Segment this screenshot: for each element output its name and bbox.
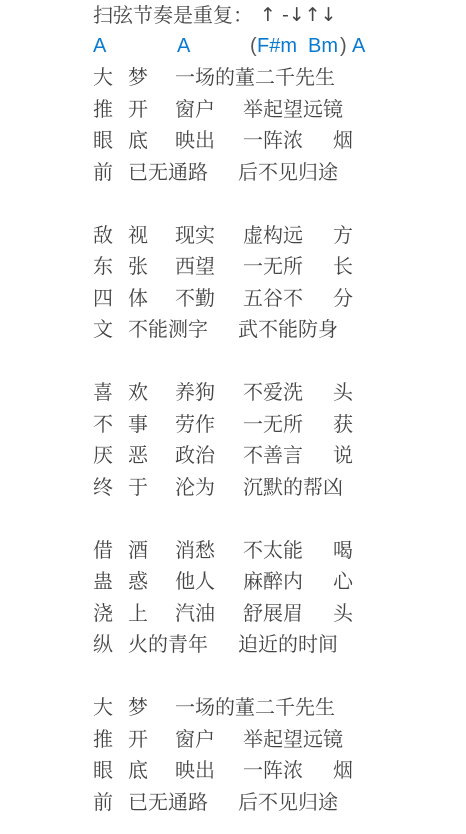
lyric-segment: 东 <box>93 253 113 279</box>
lyric-segment: 事 <box>128 411 148 437</box>
lyric-segment: 举起望远镜 <box>243 726 343 752</box>
lyric-segment: 五谷不 <box>243 285 303 311</box>
chord-open-paren: ( <box>250 33 257 59</box>
lyric-segment: 大 <box>93 64 113 90</box>
lyric-segment: 喜 <box>93 379 113 405</box>
lyric-segment: 获 <box>333 411 353 437</box>
lyric-segment: 一无所 <box>243 411 303 437</box>
lyric-segment: 劳作 <box>175 411 215 437</box>
lyric-line: 东张西望一无所长 <box>0 253 466 284</box>
lyric-segment: 烟 <box>333 127 353 153</box>
lyric-segment: 火的青年 <box>128 631 208 657</box>
lyric-segment: 一阵浓 <box>243 127 303 153</box>
lyric-segment: 浇 <box>93 600 113 626</box>
lyric-segment: 推 <box>93 96 113 122</box>
lyric-segment: 头 <box>333 379 353 405</box>
lyric-segment: 大 <box>93 694 113 720</box>
lyric-segment: 头 <box>333 600 353 626</box>
lyric-segment: 窗户 <box>175 96 215 122</box>
lyric-segment: 长 <box>333 253 353 279</box>
lyric-segment: 虚构远 <box>243 222 303 248</box>
lyric-segment: 汽油 <box>175 600 215 626</box>
lyric-segment: 梦 <box>128 64 148 90</box>
lyric-segment: 终 <box>93 474 113 500</box>
lyric-segment: 敌 <box>93 222 113 248</box>
lyric-segment: 开 <box>128 726 148 752</box>
lyric-line: 不事劳作一无所获 <box>0 411 466 442</box>
lyric-line: 前已无通路后不见归途 <box>0 159 466 190</box>
lyric-segment: 惑 <box>128 568 148 594</box>
lyric-segment: 不 <box>93 411 113 437</box>
lyric-segment: 西望 <box>175 253 215 279</box>
lyric-segment: 映出 <box>175 127 215 153</box>
lyric-segment: 已无通路 <box>128 159 208 185</box>
lyric-segment: 一无所 <box>243 253 303 279</box>
lyric-line: 文不能测字武不能防身 <box>0 316 466 347</box>
lyric-segment: 眼 <box>93 127 113 153</box>
lyric-segment: 不太能 <box>243 537 303 563</box>
lyric-segment: 不能测字 <box>128 316 208 342</box>
chord-2: A <box>177 33 190 59</box>
lyric-segment: 一场的董二千先生 <box>175 64 335 90</box>
lyric-segment: 张 <box>128 253 148 279</box>
lyric-line: 厌恶政治不善言说 <box>0 442 466 473</box>
chord-4: Bm <box>308 33 338 59</box>
lyric-segment: 他人 <box>175 568 215 594</box>
chord-line: A A ( F#m Bm ) A <box>0 33 466 64</box>
lyric-segment: 映出 <box>175 757 215 783</box>
lyric-line: 大梦一场的董二千先生 <box>0 694 466 725</box>
lyric-segment: 厌 <box>93 442 113 468</box>
lyric-line: 敌视现实虚构远方 <box>0 222 466 253</box>
chord-5: A <box>352 33 365 59</box>
lyric-segment: 窗户 <box>175 726 215 752</box>
chord-3: F#m <box>257 33 297 59</box>
lyric-segment: 四 <box>93 285 113 311</box>
lyric-segment: 体 <box>128 285 148 311</box>
lyric-segment: 政治 <box>175 442 215 468</box>
lyric-line: 眼底映出一阵浓烟 <box>0 757 466 788</box>
lyric-segment: 舒展眉 <box>243 600 303 626</box>
lyric-line: 借酒消愁不太能喝 <box>0 537 466 568</box>
lyric-segment: 开 <box>128 96 148 122</box>
strumming-pattern: ↑ -↓↑↓ <box>260 2 337 28</box>
chord-close-paren: ) <box>340 33 347 59</box>
lyric-segment: 不爱洗 <box>243 379 303 405</box>
lyric-segment: 借 <box>93 537 113 563</box>
lyric-line: 喜欢养狗不爱洗头 <box>0 379 466 410</box>
lyric-segment: 沉默的帮凶 <box>243 474 343 500</box>
lyric-segment: 酒 <box>128 537 148 563</box>
chord-1: A <box>93 33 106 59</box>
lyric-segment: 后不见归途 <box>238 159 338 185</box>
strumming-pattern-line: 扫弦节奏是重复： ↑ -↓↑↓ <box>0 2 466 33</box>
lyric-segment: 养狗 <box>175 379 215 405</box>
lyric-segment: 恶 <box>128 442 148 468</box>
lyric-segment: 梦 <box>128 694 148 720</box>
lyric-segment: 上 <box>128 600 148 626</box>
lyric-segment: 一场的董二千先生 <box>175 694 335 720</box>
lyric-line: 浇上汽油舒展眉头 <box>0 600 466 631</box>
lyric-segment: 现实 <box>175 222 215 248</box>
lyric-segment: 心 <box>333 568 353 594</box>
lyric-segment: 欢 <box>128 379 148 405</box>
lyric-segment: 眼 <box>93 757 113 783</box>
lyric-line: 推开窗户举起望远镜 <box>0 726 466 757</box>
lyric-segment: 于 <box>128 474 148 500</box>
lyric-segment: 沦为 <box>175 474 215 500</box>
lyric-segment: 方 <box>333 222 353 248</box>
lyric-segment: 消愁 <box>175 537 215 563</box>
lyric-segment: 迫近的时间 <box>238 631 338 657</box>
lyric-segment: 蛊 <box>93 568 113 594</box>
lyric-segment: 底 <box>128 127 148 153</box>
lyric-segment: 后不见归途 <box>238 789 338 815</box>
lyric-segment: 举起望远镜 <box>243 96 343 122</box>
lyric-line: 前已无通路后不见归途 <box>0 789 466 820</box>
lyric-segment: 麻醉内 <box>243 568 303 594</box>
lyric-segment: 不勤 <box>175 285 215 311</box>
lyric-segment: 纵 <box>93 631 113 657</box>
lyric-segment: 分 <box>333 285 353 311</box>
lyric-segment: 说 <box>333 442 353 468</box>
lyric-line: 蛊惑他人麻醉内心 <box>0 568 466 599</box>
lyric-segment: 武不能防身 <box>238 316 338 342</box>
lyric-segment: 文 <box>93 316 113 342</box>
lyric-segment: 视 <box>128 222 148 248</box>
lyric-segment: 前 <box>93 159 113 185</box>
lyric-line: 终于沦为沉默的帮凶 <box>0 474 466 505</box>
lyric-segment: 不善言 <box>243 442 303 468</box>
lyric-line: 眼底映出一阵浓烟 <box>0 127 466 158</box>
lyric-segment: 推 <box>93 726 113 752</box>
lyric-segment: 一阵浓 <box>243 757 303 783</box>
lyric-segment: 前 <box>93 789 113 815</box>
lyric-segment: 烟 <box>333 757 353 783</box>
lyric-segment: 底 <box>128 757 148 783</box>
lyric-segment: 已无通路 <box>128 789 208 815</box>
strumming-label: 扫弦节奏是重复： <box>93 2 253 28</box>
lyric-line: 大梦一场的董二千先生 <box>0 64 466 95</box>
lyric-line: 推开窗户举起望远镜 <box>0 96 466 127</box>
lyric-segment: 喝 <box>333 537 353 563</box>
lyric-line: 纵火的青年迫近的时间 <box>0 631 466 662</box>
lyric-line: 四体不勤五谷不分 <box>0 285 466 316</box>
